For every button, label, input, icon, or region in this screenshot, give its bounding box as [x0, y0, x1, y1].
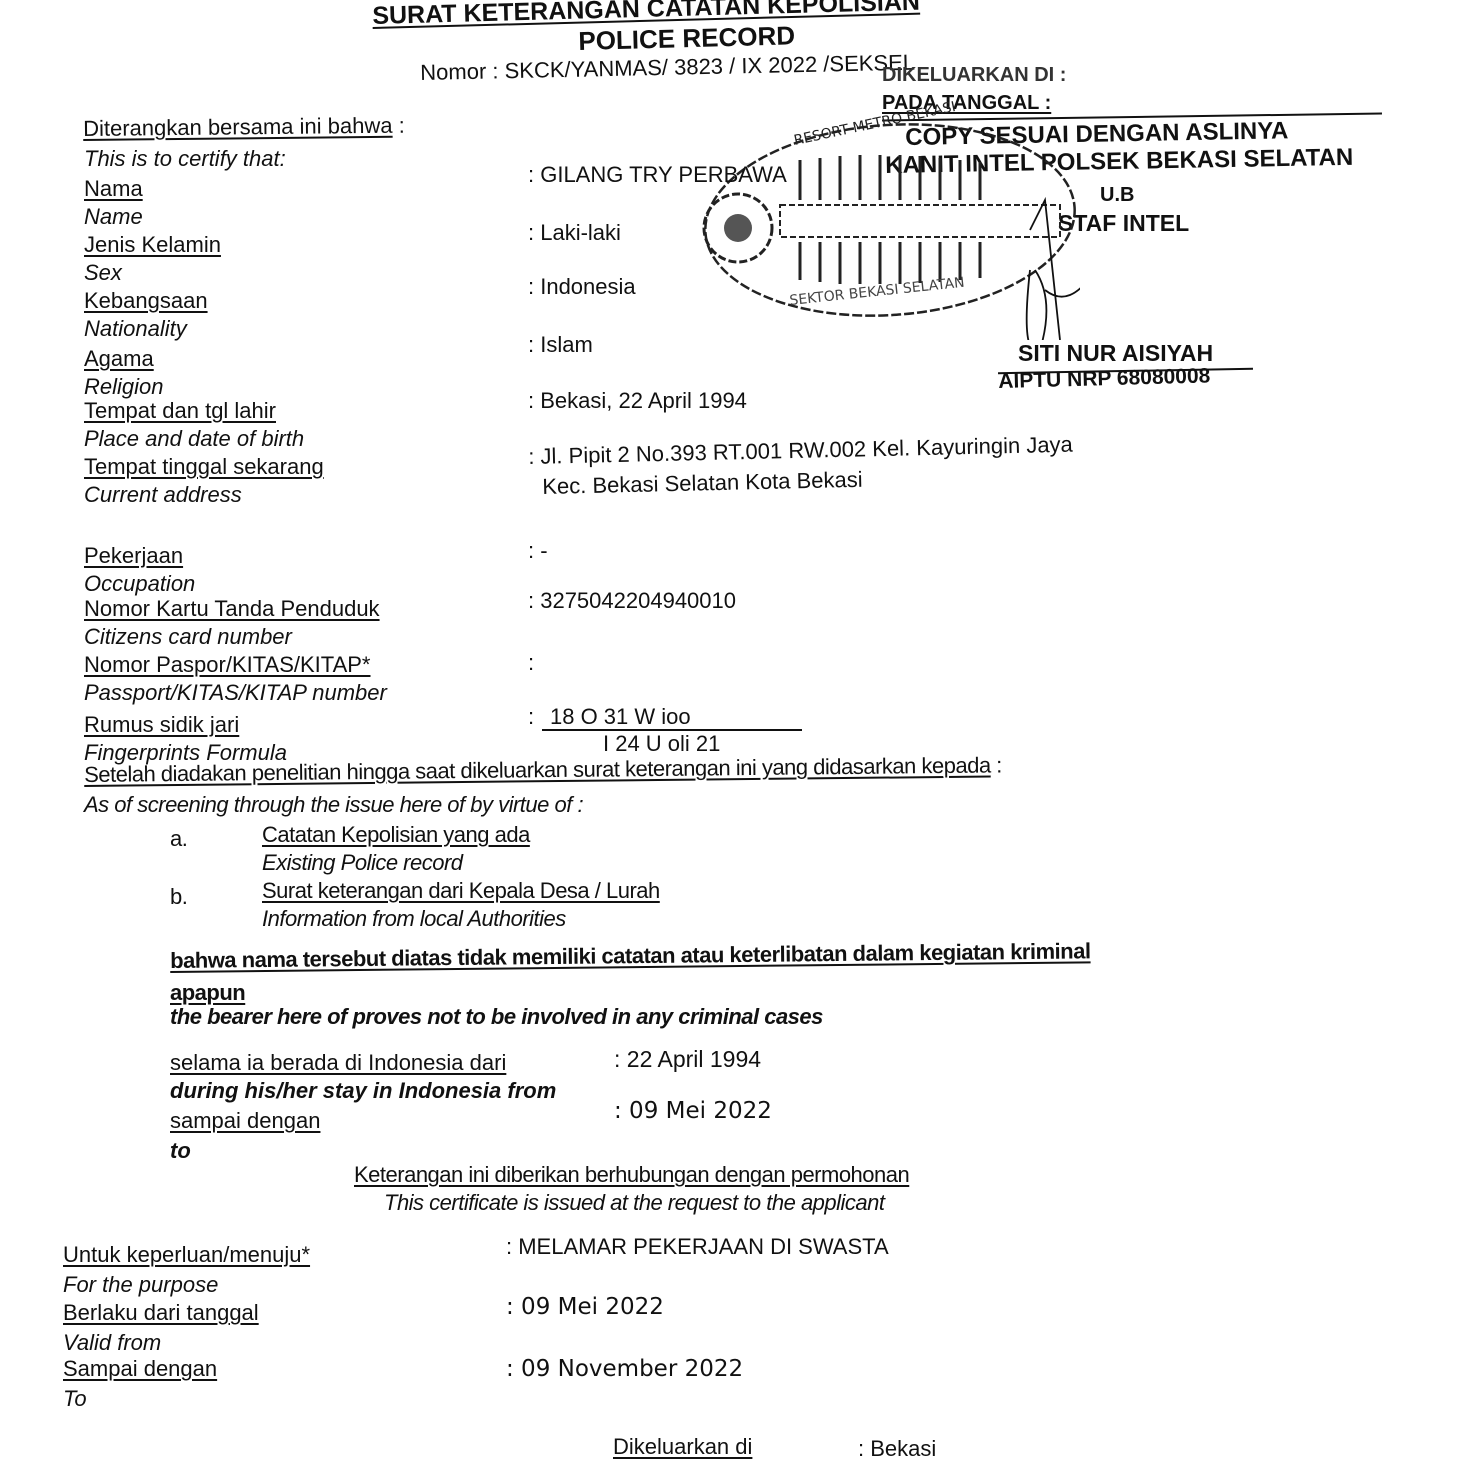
- screening-item-a: Catatan Kepolisian yang ada: [262, 822, 530, 848]
- intro-heading-en: This is to certify that:: [84, 146, 286, 172]
- field-label: Pekerjaan: [84, 543, 183, 569]
- issued-at-label: DIKELUARKAN DI :: [882, 64, 1066, 87]
- officer-name: SITI NUR AISIYAH: [1018, 340, 1213, 367]
- svg-text:SEKTOR BEKASI SELATAN: SEKTOR BEKASI SELATAN: [789, 275, 966, 309]
- field-value: : Indonesia: [528, 274, 636, 300]
- purpose-intro-en: This certificate is issued at the reques…: [384, 1190, 885, 1216]
- field-label: Jenis Kelamin: [84, 232, 221, 258]
- field-value: : -: [528, 538, 548, 564]
- field-value: : 3275042204940010: [528, 588, 736, 614]
- statement-en: the bearer here of proves not to be invo…: [170, 1004, 823, 1030]
- field-value: : Jl. Pipit 2 No.393 RT.001 RW.002 Kel. …: [528, 432, 1073, 470]
- field-value: : Bekasi, 22 April 1994: [528, 388, 747, 414]
- officer-rank: AIPTU NRP 68080008: [998, 364, 1211, 394]
- svg-text:RESORT METRO BEKASI: RESORT METRO BEKASI: [793, 100, 958, 149]
- fingerprint-numerator: 18 O 31 W ioo: [550, 704, 691, 730]
- stay-from-label-en: during his/her stay in Indonesia from: [170, 1078, 556, 1104]
- validity-label-en: For the purpose: [63, 1272, 218, 1298]
- validity-label-en: Valid from: [63, 1330, 161, 1356]
- stay-from-value: : 22 April 1994: [614, 1046, 761, 1073]
- screening-item-b: Surat keterangan dari Kepala Desa / Lura…: [262, 878, 660, 904]
- document-subtitle: POLICE RECORD: [578, 20, 795, 57]
- validity-label-en: To: [63, 1386, 87, 1412]
- intro-heading: Diterangkan bersama ini bahwa :: [83, 113, 405, 142]
- field-label: Agama: [84, 346, 154, 372]
- validity-value: : 09 Mei 2022: [506, 1294, 664, 1320]
- validity-label: Sampai dengan: [63, 1356, 217, 1382]
- screening-item-b-en: Information from local Authorities: [262, 906, 566, 932]
- document-number: Nomor : SKCK/YANMAS/ 3823 / IX 2022 /SEK…: [420, 50, 915, 86]
- field-label-en: Religion: [84, 374, 164, 400]
- field-value-line2: Kec. Bekasi Selatan Kota Bekasi: [542, 467, 863, 500]
- field-label-en: Sex: [84, 260, 122, 286]
- purpose-intro: Keterangan ini diberikan berhubungan den…: [354, 1162, 909, 1188]
- screening-heading-en: As of screening through the issue here o…: [84, 792, 583, 818]
- screening-marker-b: b.: [170, 884, 187, 910]
- statement-line-2: apapun: [170, 980, 245, 1006]
- field-label: Tempat dan tgl lahir: [84, 398, 276, 424]
- stay-to-label-en: to: [170, 1138, 191, 1164]
- field-label: Nomor Kartu Tanda Penduduk: [84, 596, 380, 622]
- field-label-en: Name: [84, 204, 143, 230]
- field-label-en: Nationality: [84, 316, 187, 342]
- field-value: : Laki-laki: [528, 220, 621, 246]
- stay-to-label: sampai dengan: [170, 1108, 320, 1134]
- field-value: :: [528, 704, 534, 730]
- police-stamp: RESORT METRO BEKASI SEKTOR BEKASI SELATA…: [700, 100, 1080, 340]
- stay-from-label: selama ia berada di Indonesia dari: [170, 1050, 506, 1076]
- field-label-en: Current address: [84, 482, 242, 508]
- field-label: Tempat tinggal sekarang: [84, 454, 324, 480]
- screening-marker-a: a.: [170, 826, 187, 852]
- field-label-en: Place and date of birth: [84, 426, 304, 452]
- issued-at-value: : Bekasi: [858, 1436, 936, 1462]
- statement-line-1: bahwa nama tersebut diatas tidak memilik…: [170, 938, 1091, 974]
- field-label-en: Passport/KITAS/KITAP number: [84, 680, 387, 706]
- screening-item-a-en: Existing Police record: [262, 850, 463, 876]
- issued-at-label-bottom: Dikeluarkan di: [613, 1434, 752, 1460]
- field-label: Nomor Paspor/KITAS/KITAP*: [84, 652, 371, 678]
- field-value: :: [528, 650, 534, 676]
- field-value: : GILANG TRY PERBAWA: [528, 162, 787, 188]
- field-label: Nama: [84, 176, 143, 202]
- validity-label: Untuk keperluan/menuju*: [63, 1242, 310, 1268]
- field-label-en: Occupation: [84, 571, 195, 597]
- field-label-en: Citizens card number: [84, 624, 292, 650]
- validity-label: Berlaku dari tanggal: [63, 1300, 259, 1326]
- field-label: Kebangsaan: [84, 288, 208, 314]
- stay-to-value: : 09 Mei 2022: [614, 1098, 772, 1124]
- field-value: : Islam: [528, 332, 593, 358]
- fingerprint-denominator: I 24 U oli 21: [603, 731, 720, 757]
- field-label: Rumus sidik jari: [84, 712, 239, 738]
- ub-line: U.B: [1100, 184, 1134, 207]
- validity-value: : MELAMAR PEKERJAAN DI SWASTA: [506, 1234, 889, 1260]
- validity-value: : 09 November 2022: [506, 1356, 743, 1382]
